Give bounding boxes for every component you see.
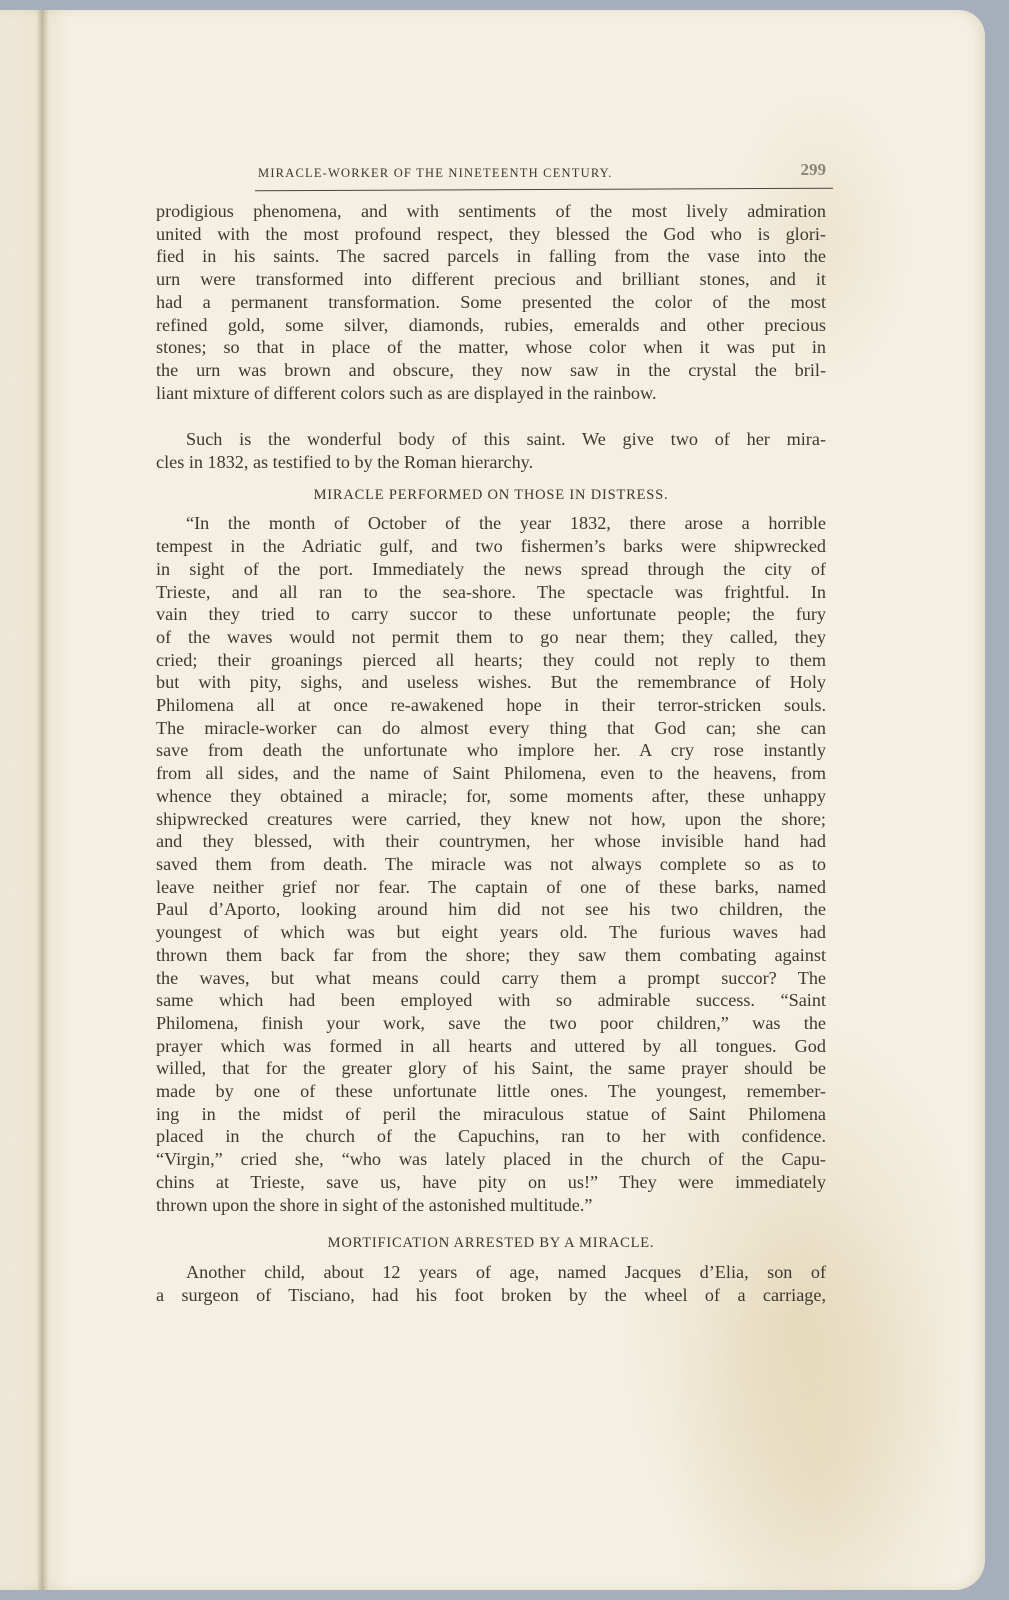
- text-line: had a permanent transformation. Some pre…: [156, 291, 826, 314]
- text-line: Another child, about 12 years of age, na…: [156, 1261, 826, 1284]
- text-line: Philomena all at once re-awakened hope i…: [156, 694, 826, 717]
- text-line: in sight of the port. Immediately the ne…: [156, 558, 826, 581]
- text-line: from all sides, and the name of Saint Ph…: [156, 762, 826, 785]
- text-line: the urn was brown and obscure, they now …: [156, 359, 826, 382]
- text-line: liant mixture of different colors such a…: [156, 382, 826, 405]
- paragraph-phenomena: prodigious phenomena, and with sentiment…: [156, 200, 826, 404]
- text-line: united with the most profound respect, t…: [156, 223, 826, 246]
- text-line: placed in the church of the Capuchins, r…: [156, 1125, 826, 1148]
- text-line: “In the month of October of the year 183…: [156, 512, 826, 535]
- text-line: cried; their groanings pierced all heart…: [156, 649, 826, 672]
- text-line: refined gold, some silver, diamonds, rub…: [156, 314, 826, 337]
- text-line: of the waves would not permit them to go…: [156, 626, 826, 649]
- text-line: made by one of these unfortunate little …: [156, 1080, 826, 1103]
- running-title: MIRACLE-WORKER OF THE NINETEENTH CENTURY…: [258, 166, 613, 181]
- text-line: fied in his saints. The sacred parcels i…: [156, 245, 826, 268]
- section-heading-distress: MIRACLE PERFORMED ON THOSE IN DISTRESS.: [156, 484, 826, 507]
- page-number: 299: [801, 160, 827, 180]
- text-line: prodigious phenomena, and with sentiment…: [156, 200, 826, 223]
- text-line: vain they tried to carry succor to these…: [156, 603, 826, 626]
- text-line: thrown upon the shore in sight of the as…: [156, 1194, 826, 1217]
- paragraph-mortification: Another child, about 12 years of age, na…: [156, 1261, 826, 1306]
- text-line: and they blessed, with their countrymen,…: [156, 830, 826, 853]
- text-line: urn were transformed into different prec…: [156, 268, 826, 291]
- text-line: The miracle-worker can do almost every t…: [156, 717, 826, 740]
- text-line: saved them from death. The miracle was n…: [156, 853, 826, 876]
- running-head: MIRACLE-WORKER OF THE NINETEENTH CENTURY…: [258, 160, 828, 188]
- text-line: Trieste, and all ran to the sea-shore. T…: [156, 581, 826, 604]
- text-line: chins at Trieste, save us, have pity on …: [156, 1171, 826, 1194]
- text-line: stones; so that in place of the matter, …: [156, 336, 826, 359]
- paragraph-wonderful-body: Such is the wonderful body of this saint…: [156, 428, 826, 473]
- text-line: thrown them back far from the shore; the…: [156, 944, 826, 967]
- text-line: tempest in the Adriatic gulf, and two fi…: [156, 535, 826, 558]
- text-line: save from death the unfortunate who impl…: [156, 739, 826, 762]
- text-line: cles in 1832, as testified to by the Rom…: [156, 451, 826, 474]
- text-line: willed, that for the greater glory of hi…: [156, 1057, 826, 1080]
- text-line: “Virgin,” cried she, “who was lately pla…: [156, 1148, 826, 1171]
- text-line: Such is the wonderful body of this saint…: [156, 428, 826, 451]
- text-line: same which had been employed with so adm…: [156, 989, 826, 1012]
- paragraph-spacer: [156, 404, 826, 428]
- paragraph-distress-miracle: “In the month of October of the year 183…: [156, 512, 826, 1216]
- text-line: prayer which was formed in all hearts an…: [156, 1035, 826, 1058]
- text-line: but with pity, sighs, and useless wishes…: [156, 671, 826, 694]
- text-line: shipwrecked creatures were carried, they…: [156, 808, 826, 831]
- section-heading-mortification: MORTIFICATION ARRESTED BY A MIRACLE.: [156, 1232, 826, 1255]
- text-line: whence they obtained a miracle; for, som…: [156, 785, 826, 808]
- text-line: Paul d’Aporto, looking around him did no…: [156, 898, 826, 921]
- binding-gutter: [36, 10, 48, 1590]
- text-line: youngest of which was but eight years ol…: [156, 921, 826, 944]
- text-line: ing in the midst of peril the miraculous…: [156, 1103, 826, 1126]
- text-line: the waves, but what means could carry th…: [156, 967, 826, 990]
- body-text: prodigious phenomena, and with sentiment…: [156, 200, 826, 1306]
- text-line: leave neither grief nor fear. The captai…: [156, 876, 826, 899]
- text-line: Philomena, finish your work, save the tw…: [156, 1012, 826, 1035]
- text-line: a surgeon of Tisciano, had his foot brok…: [156, 1284, 826, 1307]
